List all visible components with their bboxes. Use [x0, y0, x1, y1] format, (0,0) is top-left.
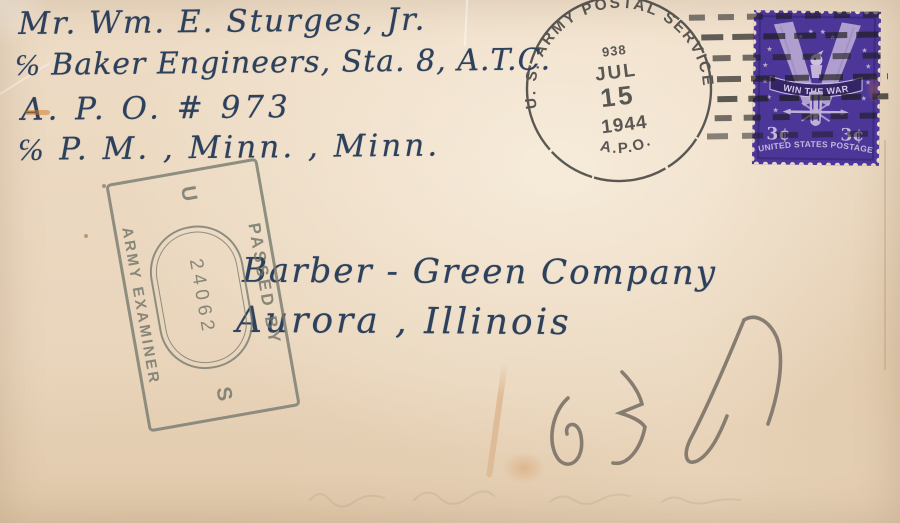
postmark-time: 938	[601, 42, 627, 60]
paper-crease	[464, 0, 468, 46]
postmark-day: 15	[599, 79, 637, 113]
return-address-line: ℅ P. M. , Minn. , Minn.	[17, 128, 440, 168]
stamp-edge-stain	[866, 74, 881, 104]
pencil-initials-scrawl	[540, 312, 800, 485]
envelope: Mr. Wm. E. Sturges, Jr. ℅ Baker Engineer…	[0, 0, 900, 523]
recipient-address-line: Barber - Green Company	[242, 251, 717, 293]
return-address-line: ℅ Baker Engineers, Sta. 8, A.T.C.	[14, 42, 551, 83]
postmark-year: 1944	[600, 112, 648, 138]
censor-stamp: PASSED BY U S 24062 ARMY EXAMINER	[105, 158, 300, 433]
cancellation-bars	[687, 6, 891, 150]
orange-ink-smudge	[25, 110, 50, 115]
return-address-line: A. P. O. # 973	[21, 89, 292, 128]
paper-crease	[884, 140, 886, 370]
censor-examiner-number: 24062	[178, 226, 224, 368]
pinhole	[84, 234, 88, 238]
return-address-line: Mr. Wm. E. Sturges, Jr.	[18, 2, 427, 42]
